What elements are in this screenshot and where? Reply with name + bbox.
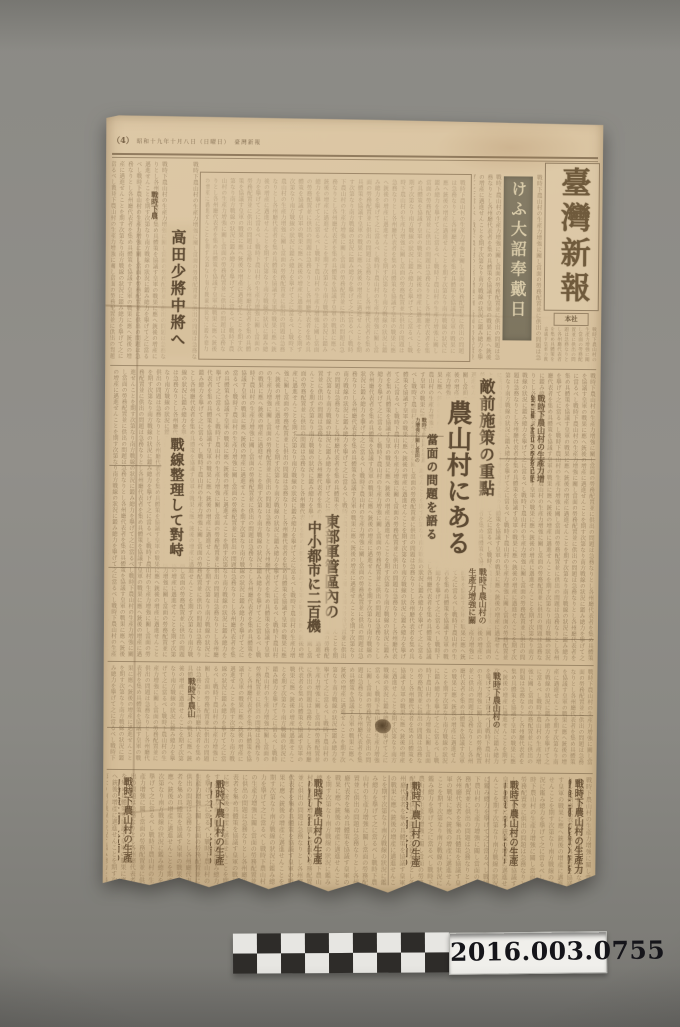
catalog-number-label: 2016.003.0755 [449,931,607,975]
checkerboard-cell [329,953,353,973]
color-calibration-checkerboard [233,932,449,973]
checkerboard-cell [233,953,257,973]
official-notice-box: 戰時下農山村の生產力增強に關し當面の勞務配置並に供出の問題は急務なりとし各州廳代… [198,172,472,362]
headline-takada-promotion: 高田少將中將へ [167,229,189,351]
checkerboard-cell [425,952,449,972]
checkerboard-cell [305,953,329,973]
newspaper-page-wrapper: （4） 昭和十九年十月八日（日曜日） 臺灣新報 臺灣新報 本社 戰時下農山村の生… [100,115,604,895]
checkerboard-cell [353,933,377,953]
mini-heading-lower-right: 戰時下農山村の生產力增強に關し當面の勞務配置並に供出の問題は急務なりとし各州廳代… [489,672,503,734]
mini-heading-top-left: 戰時下農山村の生產力增強に關し當面の勞務配置並に供出の問題は急務なりとし各州廳代… [149,191,159,221]
headline-policy-sub: 當面の問題を語る [425,434,441,560]
checkerboard-cell [377,933,401,953]
headline-airraid-area: 東部軍管區內の [324,514,343,628]
ad-heading-4: 戰時下農山村の生產力增強に關し當面の勞務配置並に供出の問題は急務なりとし各州廳代… [308,779,323,871]
newspaper-page: （4） 昭和十九年十月八日（日曜日） 臺灣新報 臺灣新報 本社 戰時下農山村の生… [100,115,604,895]
ad-heading-3: 戰時下農山村の生產力增強に關し當面の勞務配置並に供出の問題は急務なりとし各州廳代… [406,781,421,869]
checkerboard-cell [281,953,305,973]
date-and-title-line: 昭和十九年十月八日（日曜日） 臺灣新報 [137,139,262,146]
mini-heading-soldiers: 戰時下農山村の生產力增強に關し當面の勞務配置並に供出の問題は急務なりとし各州廳代… [466,568,489,626]
body-text-columns-lower: 戰時下農山村の生產力增強に關し當面の勞務配置並に供出の問題は急務なりとし各州廳代… [107,665,594,769]
checkerboard-cell [233,933,257,953]
checkerboard-cell [329,933,353,953]
masthead-box: 臺灣新報 [544,163,600,311]
classified-ads-text: 戰時下農山村の生產力增強に關し當面の勞務配置並に供出の問題は急務なりとし各州廳代… [106,773,593,889]
headline-airraid-main: 中小都市に二百機 [304,521,324,639]
page-header-line: （4） 昭和十九年十月八日（日曜日） 臺灣新報 [112,135,598,154]
ink-emblem-blob [375,719,391,733]
ad-heading-1: 戰時下農山村の生產力增強に關し當面の勞務配置並に供出の問題は急務なりとし各州廳代… [568,779,584,883]
mini-heading-lower-left: 戰時下農山村の生產力增強に關し當面の勞務配置並に供出の問題は急務なりとし各州廳代… [185,678,197,724]
headline-policy-kicker: 敵前施策の重點 [475,378,498,508]
checkerboard-cell [353,953,377,973]
ad-heading-5: 戰時下農山村の生產力增強に關し當面の勞務配置並に供出の問題は急務なりとし各州廳代… [210,780,225,866]
checkerboard-cell [401,953,425,973]
ad-heading-2: 戰時下農山村の生產力增強に關し當面の勞務配置並に供出の問題は急務なりとし各州廳代… [504,780,519,872]
headline-policy-main: 農山村にある [438,400,475,568]
ad-heading-6: 戰時下農山村の生產力增強に關し當面の勞務配置並に供出の問題は急務なりとし各州廳代… [118,777,133,867]
checkerboard-cell [305,933,329,953]
checkerboard-cell [425,932,449,952]
headline-front-line: 戰線整理して對峙 [164,437,186,563]
checkerboard-cell [281,933,305,953]
checkerboard-cell [377,953,401,973]
checkerboard-cell [257,933,281,953]
masthead-info-text: 戰時下農山村の生產力增強に關し當面の勞務配置並に供出の問題は急務なりとし各州廳代… [544,327,596,365]
page-number: （4） [112,135,134,145]
notice-box-text: 戰時下農山村の生產力增強に關し當面の勞務配置並に供出の問題は急務なりとし各州廳代… [204,178,466,356]
body-text-columns-mid-top: 戰時下農山村の生產力增強に關し當面の勞務配置並に供出の問題は急務なりとし各州廳代… [472,174,502,362]
archival-photo-background: （4） 昭和十九年十月八日（日曜日） 臺灣新報 臺灣新報 本社 戰時下農山村の生… [0,0,680,1027]
masthead-title: 臺灣新報 [549,167,594,307]
checkerboard-cell [401,933,425,953]
mini-heading-right-column: 戰時下農山村の生產力增強に關し當面の勞務配置並に供出の問題は急務なりとし各州廳代… [530,395,547,487]
checkerboard-cell [257,953,281,973]
masthead-sub-box: 本社 [554,313,589,326]
body-text-column-right-top: 戰時下農山村の生產力增強に關し當面の勞務配置並に供出の問題は急務なりとし各州廳代… [533,175,543,365]
